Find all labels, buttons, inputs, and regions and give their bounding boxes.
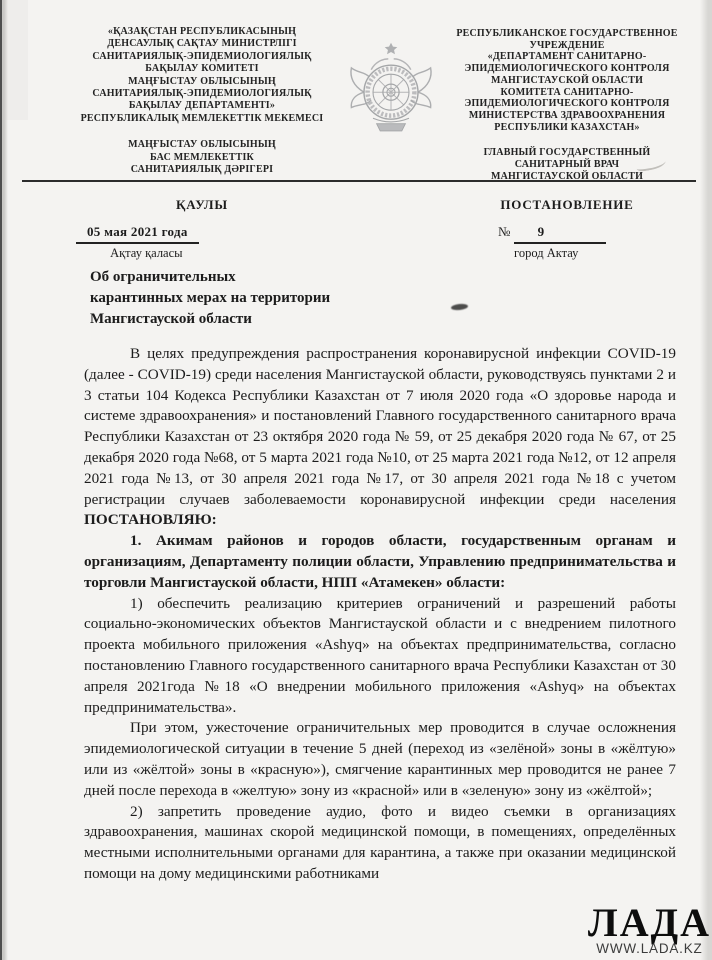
org-name-line: САНИТАРИЯЛЫҚ-ЭПИДЕМИОЛОГИЯЛЫҚ (64, 88, 340, 100)
lada-watermark: ЛАДА WWW.LADA.KZ (588, 905, 711, 956)
official-title-line: БАС МЕМЛЕКЕТТІК (64, 152, 340, 164)
org-name-line: МАҢҒЫСТАУ ОБЛЫСЫНЫҢ (64, 76, 340, 88)
document-title-line: Мангистауской области (90, 309, 510, 330)
document-title-line: карантинных мерах на территории (90, 288, 510, 309)
number-label: № (498, 224, 510, 239)
official-title-line: САНИТАРИЯЛЫҚ ДӘРІГЕРІ (64, 164, 340, 176)
kazakhstan-state-emblem-icon (346, 41, 436, 138)
preamble-text: В целях предупреждения распространения к… (84, 345, 676, 508)
org-name-line: САНИТАРИЯЛЫҚ-ЭПИДЕМИОЛОГИЯЛЫҚ (64, 51, 340, 63)
lada-logo: ЛАДА (588, 905, 711, 941)
doc-type-russian: ПОСТАНОВЛЕНИЕ (432, 197, 702, 213)
document-number: 9 (514, 224, 606, 244)
org-name-line: БАҚЫЛАУ ДЕПАРТАМЕНТІ» (64, 100, 340, 112)
header-divider-line (22, 180, 696, 182)
resolve-keyword: ПОСТАНОВЛЯЮ: (84, 511, 217, 528)
document-title: Об ограничительных карантинных мерах на … (90, 267, 510, 330)
org-name-line: РЕСПУБЛИКИ КАЗАХСТАН» (432, 122, 702, 134)
org-name-line: МИНИСТЕРСТВА ЗДРАВООХРАНЕНИЯ (432, 110, 702, 122)
preamble-paragraph: В целях предупреждения распространения к… (84, 344, 676, 531)
org-name-line: КОМИТЕТА САНИТАРНО- (432, 87, 702, 99)
number-block: № 9 город Актау (498, 224, 606, 261)
official-title-line: МАҢҒЫСТАУ ОБЛЫСЫНЫҢ (64, 139, 340, 151)
org-name-line: БАҚЫЛАУ КОМИТЕТІ (64, 63, 340, 75)
date-block: 05 мая 2021 года Ақтау қаласы (76, 224, 199, 261)
org-name-line: «ҚАЗАҚСТАН РЕСПУБЛИКАСЫНЫҢ (64, 26, 340, 38)
org-name-line: ЭПИДЕМИОЛОГИЧЕСКОГО КОНТРОЛЯ (432, 98, 702, 110)
place-russian: город Актау (514, 246, 606, 261)
scan-edge-right (700, 0, 712, 960)
org-name-line: РЕСПУБЛИКАЛЫҚ МЕМЛЕКЕТТІК МЕКЕМЕСІ (64, 113, 340, 125)
lada-url: WWW.LADA.KZ (588, 941, 711, 956)
org-name-line: МАНГИСТАУСКОЙ ОБЛАСТИ (432, 75, 702, 87)
scan-edge-left (0, 0, 8, 960)
org-name-line: РЕСПУБЛИКАНСКОЕ ГОСУДАРСТВЕННОЕ (432, 28, 702, 40)
document-body: В целях предупреждения распространения к… (84, 344, 676, 885)
note-paragraph: При этом, ужесточение ограничительных ме… (84, 718, 676, 801)
subitem-1-paragraph: 1) обеспечить реализацию критериев огран… (84, 594, 676, 719)
org-name-line: ЭПИДЕМИОЛОГИЧЕСКОГО КОНТРОЛЯ (432, 63, 702, 75)
place-kazakh: Ақтау қаласы (76, 246, 199, 261)
document-date: 05 мая 2021 года (76, 224, 199, 244)
org-name-line: «ДЕПАРТАМЕНТ САНИТАРНО- (432, 51, 702, 63)
org-name-line: ДЕНСАУЛЫҚ САҚТАУ МИНИСТРЛІГІ (64, 38, 340, 50)
subitem-2-paragraph: 2) запретить проведение аудио, фото и ви… (84, 802, 676, 885)
official-title-kazakh: МАҢҒЫСТАУ ОБЛЫСЫНЫҢ БАС МЕМЛЕКЕТТІК САНИ… (64, 139, 340, 176)
letterhead-kazakh: «ҚАЗАҚСТАН РЕСПУБЛИКАСЫНЫҢ ДЕНСАУЛЫҚ САҚ… (64, 26, 340, 176)
doc-type-kazakh: ҚАУЛЫ (64, 197, 340, 213)
scanned-document-page: «ҚАЗАҚСТАН РЕСПУБЛИКАСЫНЫҢ ДЕНСАУЛЫҚ САҚ… (0, 0, 712, 960)
org-name-line: УЧРЕЖДЕНИЕ (432, 40, 702, 52)
document-title-line: Об ограничительных (90, 267, 510, 288)
item-1-paragraph: 1. Акимам районов и городов области, гос… (84, 531, 676, 593)
